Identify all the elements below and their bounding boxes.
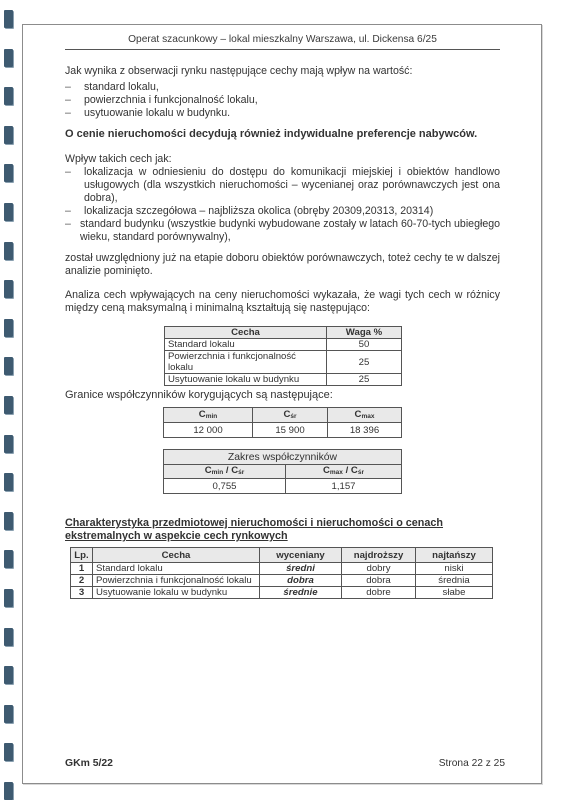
weights-cell-feature: Powierzchnia i funkcjonalność lokalu bbox=[165, 351, 327, 374]
weights-cell-weight: 50 bbox=[327, 339, 402, 351]
bullet-dash: – bbox=[65, 81, 71, 93]
weights-table: Cecha Waga % Standard lokalu 50 Powierzc… bbox=[164, 326, 402, 386]
table-row: 0,755 1,157 bbox=[164, 479, 402, 494]
binding-hole bbox=[4, 87, 13, 105]
range-table: Zakres współczynników Cmin / Cśr Cmax / … bbox=[163, 449, 402, 494]
binding-hole bbox=[4, 666, 13, 684]
binding-hole bbox=[4, 473, 13, 491]
bullet-dash: – bbox=[65, 205, 71, 217]
bounds-value-cmax: 18 396 bbox=[328, 423, 402, 438]
binding-hole bbox=[4, 10, 13, 28]
bounds-value-cmin: 12 000 bbox=[164, 423, 253, 438]
range-value-max: 1,157 bbox=[286, 479, 402, 494]
char-cell-most-expensive: dobry bbox=[342, 563, 416, 575]
bounds-header-cmin: Cmin bbox=[164, 408, 253, 423]
binding-hole bbox=[4, 743, 13, 761]
weights-cell-feature: Standard lokalu bbox=[165, 339, 327, 351]
bounds-table: Cmin Cśr Cmax 12 000 15 900 18 396 bbox=[163, 407, 402, 438]
binding-hole bbox=[4, 435, 13, 453]
range-header-min: Cmin / Cśr bbox=[164, 465, 286, 479]
range-title: Zakres współczynników bbox=[164, 450, 402, 465]
char-cell-valued: średnie bbox=[260, 587, 342, 599]
influence-conclusion: został uwzględniony już na etapie doboru… bbox=[65, 252, 500, 278]
characteristics-table: Lp. Cecha wyceniany najdroższy najtańszy… bbox=[70, 547, 493, 599]
binding-hole bbox=[4, 203, 13, 221]
header-divider bbox=[65, 49, 500, 50]
influence-lead: Wpływ takich cech jak: bbox=[65, 153, 500, 166]
char-cell-lp: 2 bbox=[71, 575, 93, 587]
binding-hole bbox=[4, 319, 13, 337]
analysis-text: Analiza cech wpływających na ceny nieruc… bbox=[65, 289, 500, 315]
char-cell-lp: 3 bbox=[71, 587, 93, 599]
binding-hole bbox=[4, 49, 13, 67]
char-cell-feature: Standard lokalu bbox=[93, 563, 260, 575]
weights-cell-weight: 25 bbox=[327, 351, 402, 374]
binding-hole bbox=[4, 705, 13, 723]
bullet-dash: – bbox=[65, 218, 71, 230]
binding-hole bbox=[4, 357, 13, 375]
char-header-lp: Lp. bbox=[71, 548, 93, 563]
bullet-dash: – bbox=[65, 94, 71, 106]
char-cell-cheapest: słabe bbox=[416, 587, 493, 599]
influence-bullet: lokalizacja w odniesieniu do dostępu do … bbox=[84, 166, 500, 205]
intro-bullet: standard lokalu, bbox=[84, 81, 159, 94]
bullet-dash: – bbox=[65, 166, 71, 178]
char-cell-most-expensive: dobra bbox=[342, 575, 416, 587]
weights-cell-feature: Usytuowanie lokalu w budynku bbox=[165, 374, 327, 386]
table-row: 12 000 15 900 18 396 bbox=[164, 423, 402, 438]
char-cell-cheapest: niski bbox=[416, 563, 493, 575]
table-row: Powierzchnia i funkcjonalność lokalu 25 bbox=[165, 351, 402, 374]
range-value-min: 0,755 bbox=[164, 479, 286, 494]
intro-bullet: usytuowanie lokalu w budynku. bbox=[84, 107, 230, 120]
binding-hole bbox=[4, 589, 13, 607]
table-row: 1 Standard lokalu średni dobry niski bbox=[71, 563, 493, 575]
characteristics-heading: Charakterystyka przedmiotowej nieruchomo… bbox=[65, 517, 500, 543]
weights-header-weight: Waga % bbox=[327, 327, 402, 339]
table-row: 2 Powierzchnia i funkcjonalność lokalu d… bbox=[71, 575, 493, 587]
weights-cell-weight: 25 bbox=[327, 374, 402, 386]
bullet-dash: – bbox=[65, 107, 71, 119]
char-header-cheapest: najtańszy bbox=[416, 548, 493, 563]
char-cell-most-expensive: dobre bbox=[342, 587, 416, 599]
table-row: Standard lokalu 50 bbox=[165, 339, 402, 351]
char-cell-cheapest: średnia bbox=[416, 575, 493, 587]
char-cell-valued: średni bbox=[260, 563, 342, 575]
influence-bullet: lokalizacja szczegółowa – najbliższa oko… bbox=[84, 205, 433, 218]
char-cell-feature: Usytuowanie lokalu w budynku bbox=[93, 587, 260, 599]
char-cell-valued: dobra bbox=[260, 575, 342, 587]
binding-hole bbox=[4, 550, 13, 568]
binding-hole bbox=[4, 512, 13, 530]
bounds-header-cmax: Cmax bbox=[328, 408, 402, 423]
char-cell-lp: 1 bbox=[71, 563, 93, 575]
bounds-value-csr: 15 900 bbox=[253, 423, 328, 438]
char-header-most-expensive: najdroższy bbox=[342, 548, 416, 563]
char-header-valued: wyceniany bbox=[260, 548, 342, 563]
char-cell-feature: Powierzchnia i funkcjonalność lokalu bbox=[93, 575, 260, 587]
binding-hole bbox=[4, 782, 13, 800]
preferences-heading: O cenie nieruchomości decydują również i… bbox=[65, 128, 500, 141]
binding-hole bbox=[4, 396, 13, 414]
char-header-feature: Cecha bbox=[93, 548, 260, 563]
range-header-max: Cmax / Cśr bbox=[286, 465, 402, 479]
bounds-text: Granice współczynników korygujących są n… bbox=[65, 389, 500, 402]
influence-bullet: standard budynku (wszystkie budynki wybu… bbox=[80, 218, 500, 244]
binding-hole bbox=[4, 242, 13, 260]
bounds-header-csr: Cśr bbox=[253, 408, 328, 423]
intro-lead: Jak wynika z obserwacji rynku następując… bbox=[65, 65, 500, 78]
footer-document-id: GKm 5/22 bbox=[65, 758, 113, 769]
table-row: Usytuowanie lokalu w budynku 25 bbox=[165, 374, 402, 386]
intro-bullet: powierzchnia i funkcjonalność lokalu, bbox=[84, 94, 258, 107]
binding-hole bbox=[4, 126, 13, 144]
weights-header-feature: Cecha bbox=[165, 327, 327, 339]
binding-hole bbox=[4, 628, 13, 646]
footer-page-number: Strona 22 z 25 bbox=[439, 758, 505, 769]
binding-hole bbox=[4, 164, 13, 182]
page-header-title: Operat szacunkowy – lokal mieszkalny War… bbox=[65, 34, 500, 45]
table-row: 3 Usytuowanie lokalu w budynku średnie d… bbox=[71, 587, 493, 599]
binding-hole bbox=[4, 280, 13, 298]
